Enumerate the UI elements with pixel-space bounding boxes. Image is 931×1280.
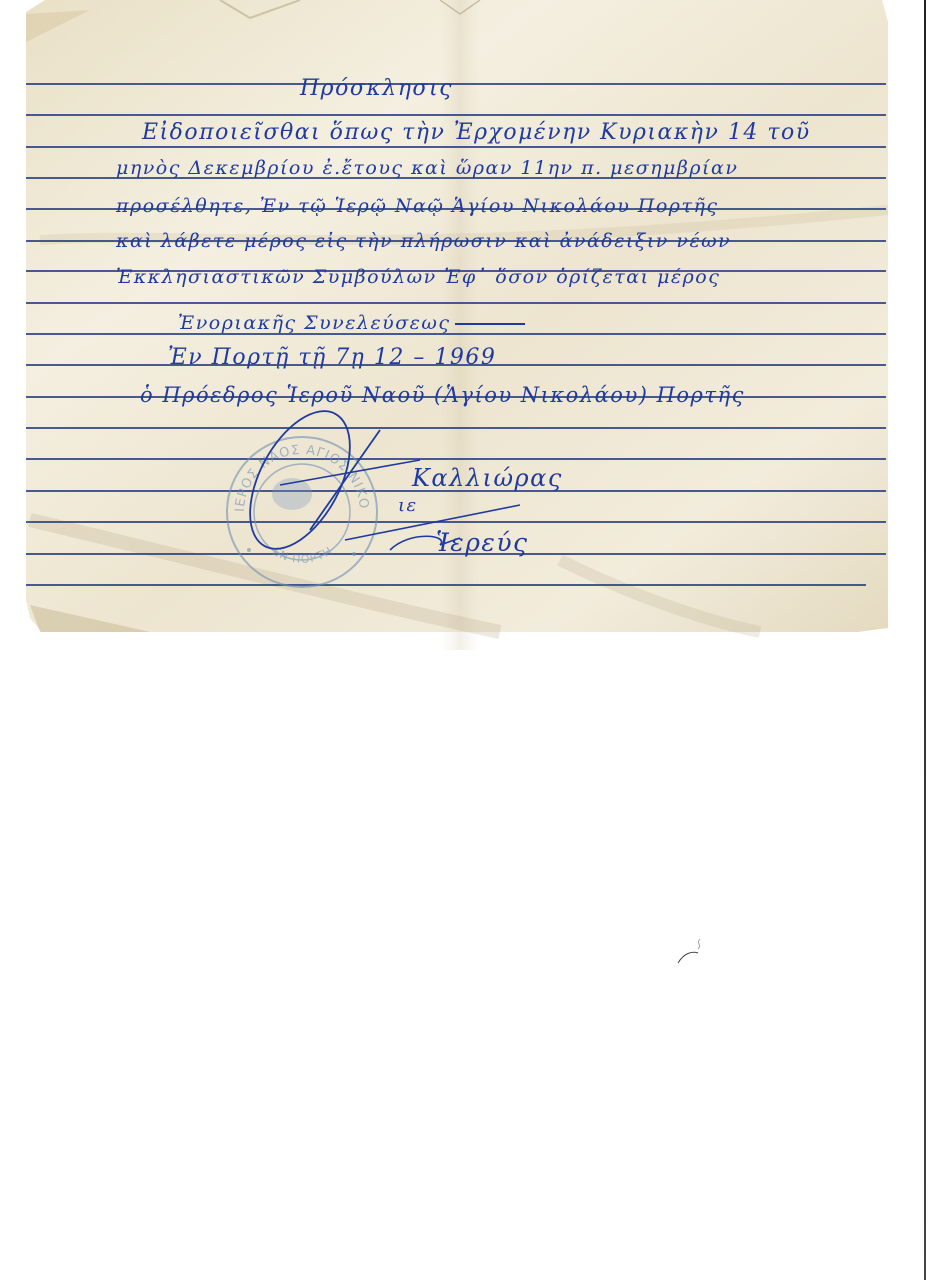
scan-background: Πρόσκλησις Εἰδοποιεῖσθαι ὅπως τὴν Ἐρχομέ…	[0, 0, 931, 1280]
ruled-line	[26, 114, 886, 116]
signatory-line: ὁ Πρόεδρος Ἱεροῦ Ναοῦ (Ἁγίου Νικολάου) Π…	[140, 383, 745, 407]
body-line-5: Ἐκκλησιαστικῶν Συμβούλων Ἐφ᾽ ὅσον ὁρίζετ…	[116, 266, 720, 288]
ruled-line	[26, 146, 886, 148]
ruled-line	[26, 302, 886, 304]
ruled-line	[26, 83, 886, 85]
body-line-6: Ἐνοριακῆς Συνελεύσεως	[178, 312, 451, 334]
signature-title: Ἱερεύς	[436, 528, 529, 557]
signature-flourish	[210, 410, 570, 610]
body-line-4: καὶ λάβετε μέρος εἰς τὴν πλήρωσιν καὶ ἀν…	[116, 230, 731, 252]
document-title: Πρόσκλησις	[300, 76, 453, 101]
closing-dash	[455, 323, 525, 325]
place-date: Ἐν Πορτῇ τῇ 7ῃ 12 – 1969	[168, 345, 496, 370]
signature-name: Καλλιώρας	[412, 464, 563, 492]
signature-abbreviation: ιε	[398, 495, 418, 516]
body-line-6-wrapper: Ἐνοριακῆς Συνελεύσεως	[178, 312, 525, 334]
paper-sheet: Πρόσκλησις Εἰδοποιεῖσθαι ὅπως τὴν Ἐρχομέ…	[0, 0, 931, 650]
stray-scan-mark	[676, 935, 716, 975]
body-line-3: προσέλθητε, Ἐν τῷ Ἱερῷ Ναῷ Ἁγίου Νικολάο…	[116, 195, 719, 217]
body-line-1: Εἰδοποιεῖσθαι ὅπως τὴν Ἐρχομένην Κυριακὴ…	[142, 120, 811, 145]
body-line-2: μηνὸς Δεκεμβρίου ἐ.ἔτους καὶ ὥραν 11ην π…	[116, 157, 738, 179]
